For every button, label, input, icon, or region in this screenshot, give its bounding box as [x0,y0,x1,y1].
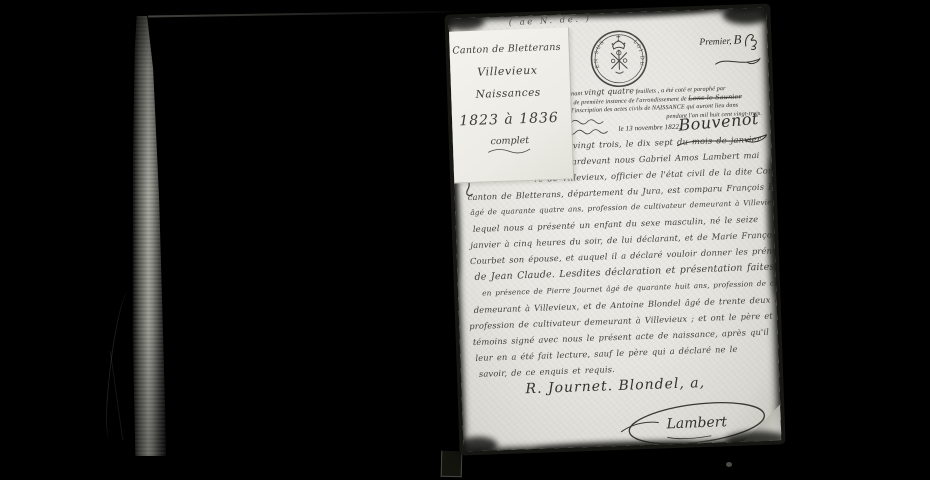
revenue-stamp-icon: EN SUS LOI DU DÉC. [587,27,651,91]
folio-corner-mark: Premier, B [699,36,760,55]
stamp-sceptres [611,49,628,70]
stamp-cross [616,35,620,39]
scan-edge-artifact [766,157,782,297]
handwritten-scribble [667,436,711,440]
label-commune: Villevieux [449,62,570,79]
label-canton: Canton de Bletterans [449,42,569,57]
handwritten-scribble [570,116,610,125]
label-years: 1823 à 1836 [449,109,572,129]
book-spine [132,16,166,456]
signature-official: Lambert [618,397,770,450]
label-acte-type: Naissances [449,85,571,101]
corner-swash-icon [714,54,762,70]
corner-paraph-letter: B [733,31,742,47]
top-annotation: ( ae N. de. ) [508,14,591,28]
scan-edge-artifact [449,13,485,30]
printed-date-line: le 13 novembre 1822, [618,123,681,133]
flourish-icon [486,147,534,157]
stamp-arc-left: EN SUS [593,39,607,69]
paper-tab [441,451,463,478]
register-page: ( ae N. de. ) Canton de Bletterans Ville… [444,3,785,455]
page-surface: ( ae N. de. ) Canton de Bletterans Ville… [449,8,782,452]
svg-text:EN SUS: EN SUS [593,39,607,69]
premier-label: Premier, [699,37,731,48]
act-line: savoir, de ce enquis et requis. [479,364,615,379]
paraph-flourish-icon [743,29,760,54]
label-complet: complet [449,133,572,148]
book-cover-edge [148,11,463,18]
act-line: leur en a été fait lecture, sauf le père… [475,344,737,363]
official-signature-name: Lambert [665,414,727,432]
scan-edge-artifact [457,436,498,451]
signatures-witnesses: R. Journet. Blondel, a, [525,375,705,397]
crown-icon [612,41,624,49]
scan-edge-artifact [722,8,773,26]
scan-speck [726,462,732,467]
archive-label: Canton de Bletterans Villevieux Naissanc… [449,27,575,183]
scan-canvas: ( ae N. de. ) Canton de Bletterans Ville… [0,0,930,480]
